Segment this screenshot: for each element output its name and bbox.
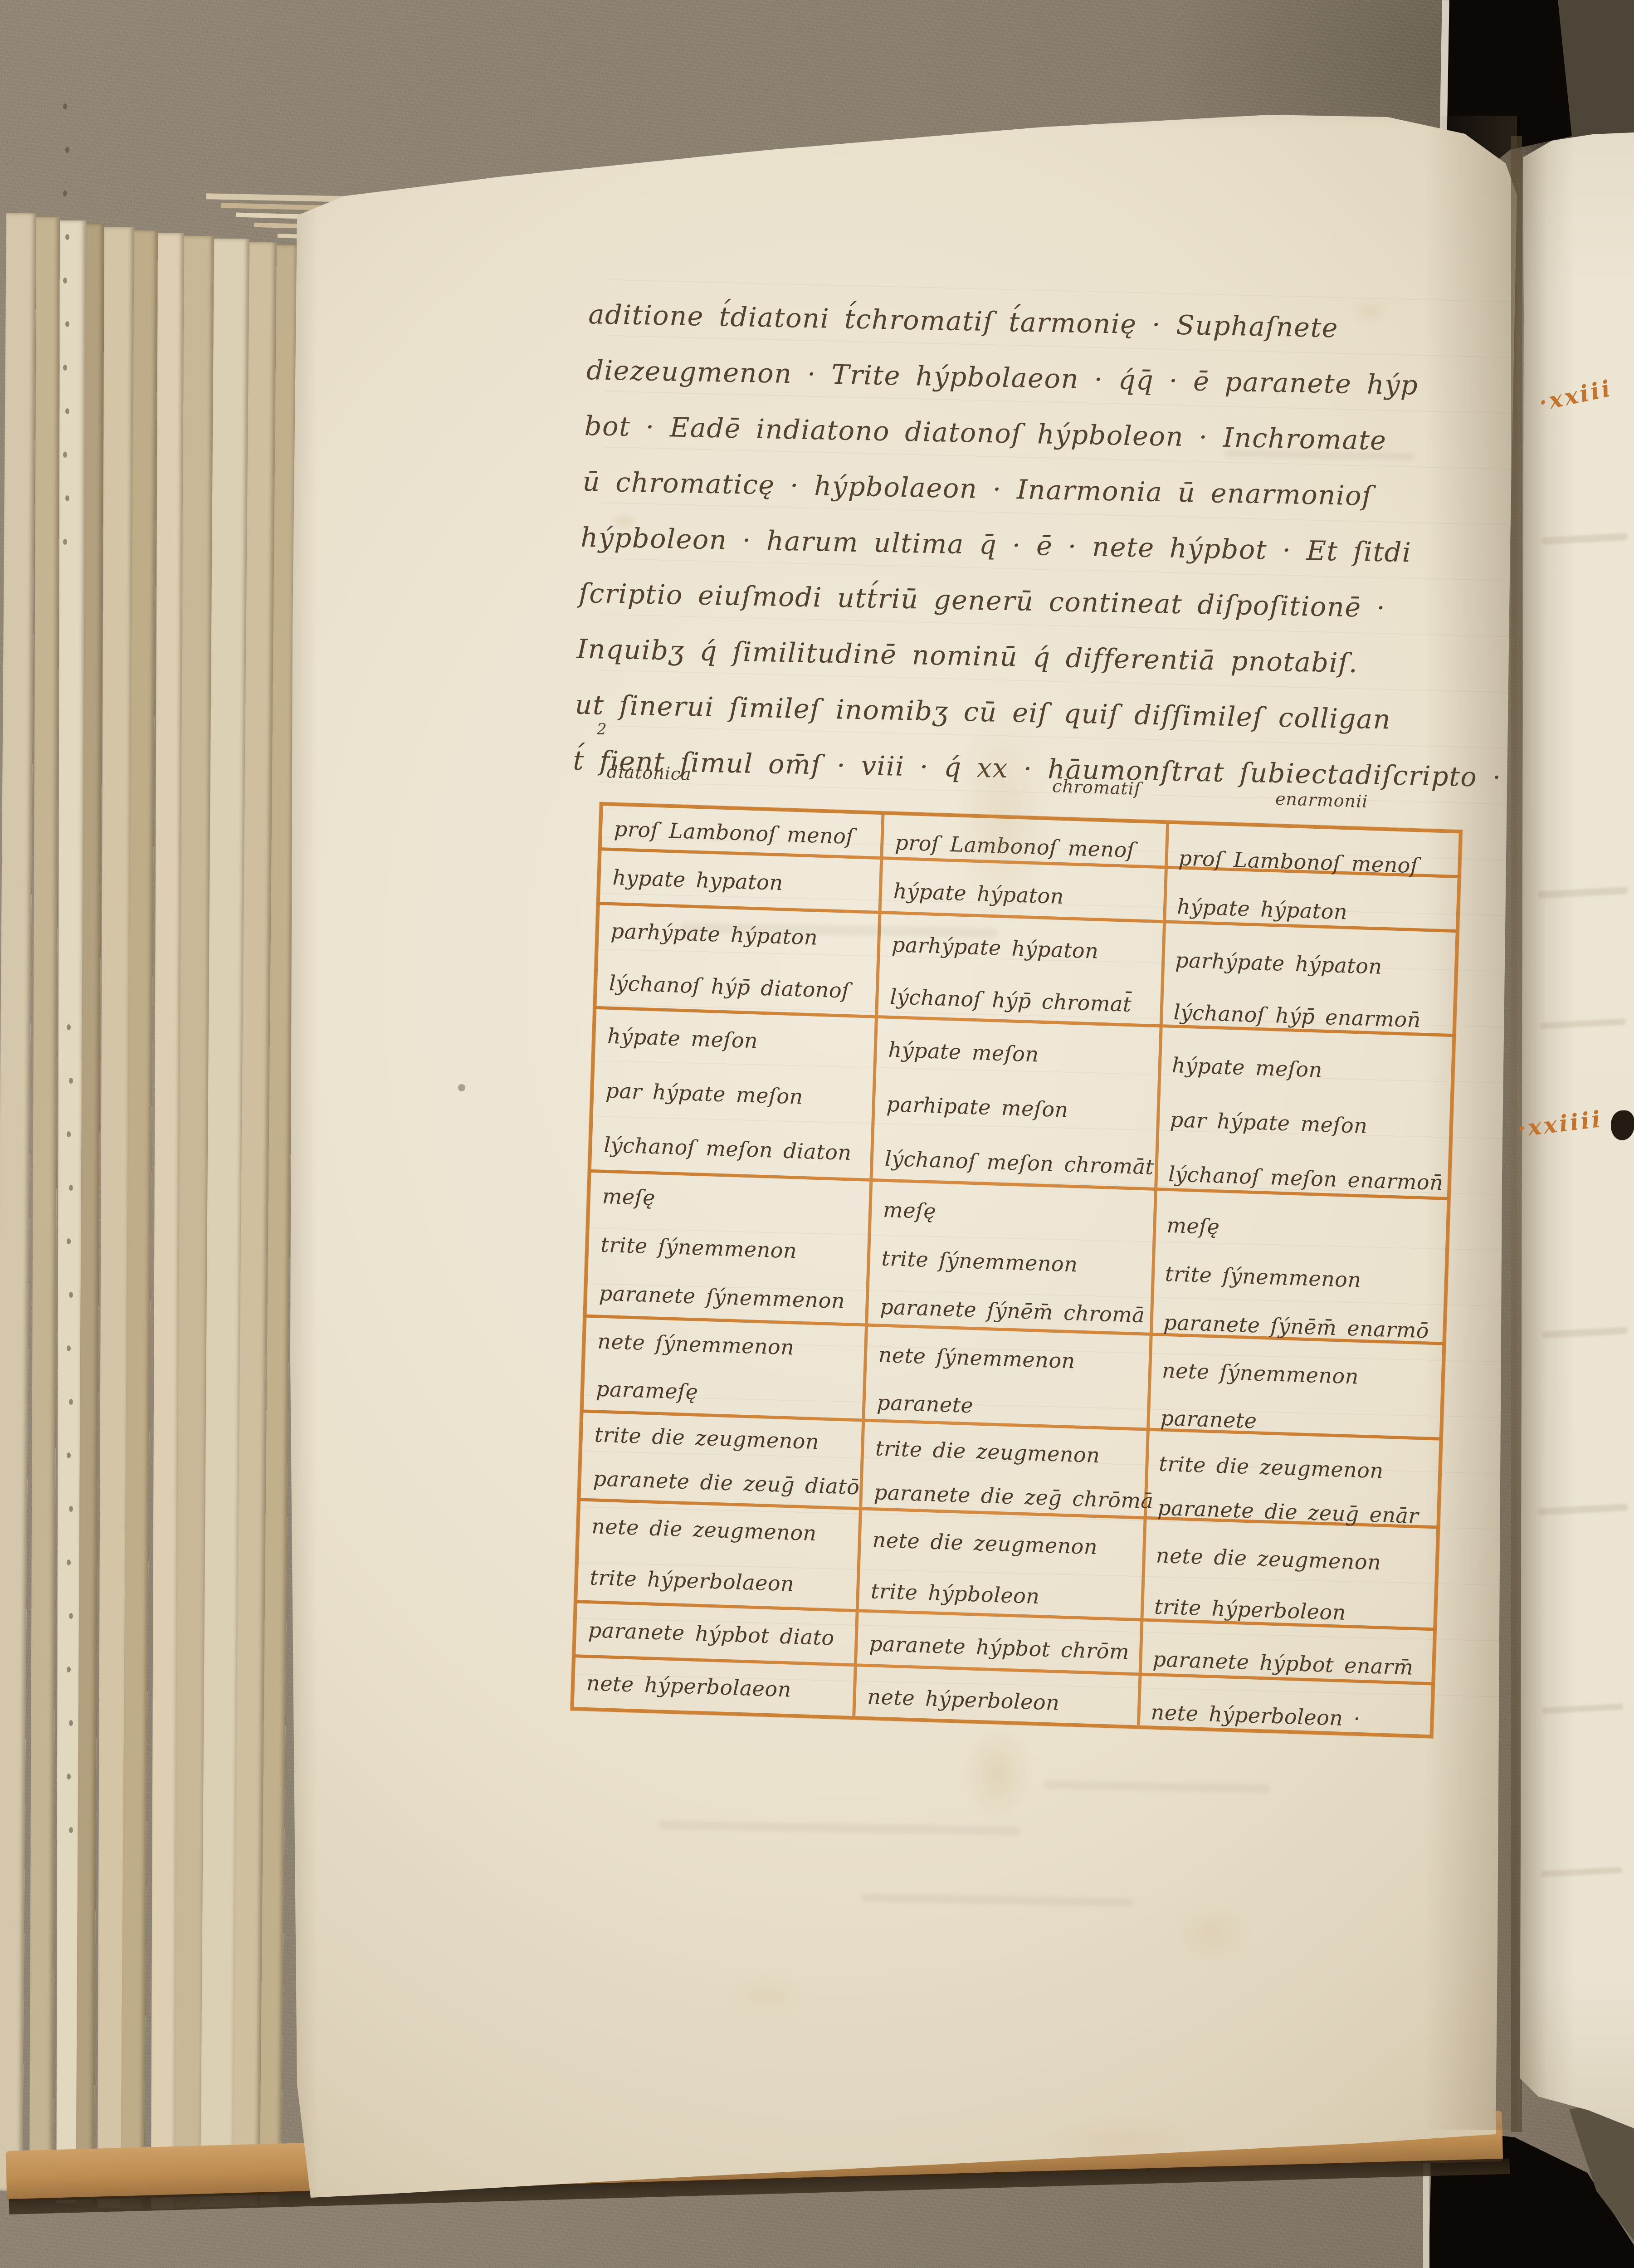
table-group: hýpate meſonhýpate meſonhýpate meſonpar … [591, 1007, 1453, 1198]
table-cell: paranete hýpbot diato [588, 1618, 835, 1650]
text-line: diezeugmenon · Trite hýpbolaeon · q́q̄ ·… [586, 354, 1419, 401]
table-cell: lýchanoſ meſon diaton [604, 1133, 852, 1165]
parchment-stain [603, 508, 644, 535]
table-cell: nete hýperboleon · [1151, 1700, 1361, 1731]
prick-dot [63, 452, 67, 458]
table-cell: meſę [1166, 1213, 1220, 1239]
table-cell: nete ſýnemmenon [878, 1342, 1075, 1373]
table-cell: parhýpate hýpaton [1175, 948, 1383, 979]
prick-dot [63, 191, 67, 196]
prick-dot [65, 234, 69, 240]
table-cell: nete die zeugmenon [591, 1514, 817, 1546]
prick-dot [63, 103, 67, 109]
table-cell: trite ſýnemmenon [1165, 1261, 1361, 1292]
prick-dot [69, 1720, 73, 1726]
prick-dot [65, 495, 69, 501]
dark-speck [458, 1084, 465, 1091]
prick-dot [69, 1399, 73, 1405]
table-cell: paranete [1160, 1405, 1257, 1433]
table-cell: hýpate meſon [888, 1037, 1039, 1067]
table-cell: par hýpate meſon [1170, 1107, 1368, 1138]
parchment-stain [1011, 2105, 1238, 2177]
table-cell: trite die zeugmenon [1159, 1451, 1384, 1483]
prick-dot [67, 1345, 71, 1351]
photograph-stage: ·xxiii ·xxiiii aditione t́diatoni t́chro… [0, 0, 1634, 2268]
table-cell: nete die zeugmenon [872, 1528, 1098, 1559]
text-line: hýpboleon · harum ultima q̄ · ē · nete h… [580, 522, 1412, 568]
text-line: ſcriptio eiuſmodi utt́riū generū contine… [578, 577, 1386, 624]
prick-dot [69, 1078, 73, 1084]
table-cell: nete hýperboleon [867, 1684, 1060, 1715]
prick-dot [69, 1613, 73, 1619]
prick-dot [63, 278, 67, 283]
prick-dot [65, 321, 69, 327]
table-cell: nete hýperbolaeon [586, 1671, 791, 1702]
prick-dot [63, 365, 67, 371]
table-cell: paranete ſýnemmenon [599, 1281, 845, 1313]
table-cell: meſę [883, 1198, 937, 1224]
prick-dot [67, 1024, 71, 1030]
text-line: ū chromaticę · hýpbolaeon · Inarmonia ū … [582, 466, 1373, 512]
prick-dot [67, 1238, 71, 1244]
table-cell: trite hýpboleon [870, 1579, 1040, 1608]
table-cell: lýchanoſ hýp̄ chromat̄ [890, 984, 1132, 1016]
table-cell: lýchanoſ meſon chromāt [884, 1146, 1154, 1179]
prick-dot [69, 1827, 73, 1833]
table-group: meſęmeſęmeſętrite ſýnemmenontrite ſýnemm… [586, 1171, 1447, 1344]
table-cell: paranete hýpbot chrōm [869, 1631, 1130, 1664]
table-cell: paranete ſýnēm̄ chromā [880, 1294, 1146, 1327]
text-line: bot · Eadē indiatono diatonoſ hýpboleon … [584, 410, 1387, 456]
table-cell: paranete [877, 1390, 974, 1417]
table-cell: paranete die zeuḡ diatō [593, 1466, 860, 1500]
table-cell: trite ſýnemmenon [600, 1232, 797, 1263]
prick-dot [69, 1292, 73, 1298]
table-cell: hypate hypaton [612, 865, 784, 895]
table-cell: parameſę [595, 1376, 698, 1404]
table-column-header-diatonica: diatonica [606, 762, 692, 784]
ink-blob [1611, 1110, 1634, 1140]
prick-dot [67, 1667, 71, 1672]
table-cell: proſ Lambonoſ menoſ [614, 816, 854, 849]
table-cell: lýchanoſ hýp̄ diatonoſ [609, 970, 850, 1002]
table-cell: trite die zeugmenon [875, 1436, 1100, 1467]
prick-dot [69, 1506, 73, 1512]
table-cell: hýpate meſon [607, 1024, 758, 1053]
parchment-stain [707, 1964, 825, 2028]
prick-dot [69, 1185, 73, 1191]
line9-superscript: 2 [597, 720, 607, 738]
parchment-stain [1342, 290, 1397, 331]
table-cell: nete ſýnemmenon [1161, 1358, 1359, 1388]
table-cell: meſę [602, 1184, 656, 1210]
prick-dot [67, 1131, 71, 1137]
parchment-stain [1152, 1887, 1270, 1978]
table-cell: hýpate meſon [1171, 1053, 1323, 1082]
prick-dot [67, 1774, 71, 1779]
prick-dot [67, 1452, 71, 1458]
prick-dot [65, 147, 69, 153]
table-cell: hýpate hýpaton [1176, 894, 1348, 924]
table-cell: nete die zeugmenon [1156, 1543, 1381, 1575]
table-cell: nete ſýnemmenon [597, 1329, 795, 1359]
parchment-stain [948, 1706, 1048, 1842]
table-cell: trite ſýnemmenon [881, 1246, 1078, 1277]
text-line: Inquibʒ q́ ſimilitudinē nominū q́ differ… [576, 633, 1358, 679]
table-cell: trite hýperbolaeon [590, 1565, 795, 1596]
table-column-header-enarmonii: enarmonii [1275, 789, 1368, 811]
table-cell: par hýpate meſon [605, 1078, 804, 1109]
prick-dot [63, 539, 67, 545]
prick-dot [65, 408, 69, 414]
prick-dot [67, 1559, 71, 1565]
table-cell: trite die zeugmenon [594, 1422, 819, 1454]
table-cell: parhipate meſon [886, 1092, 1069, 1122]
